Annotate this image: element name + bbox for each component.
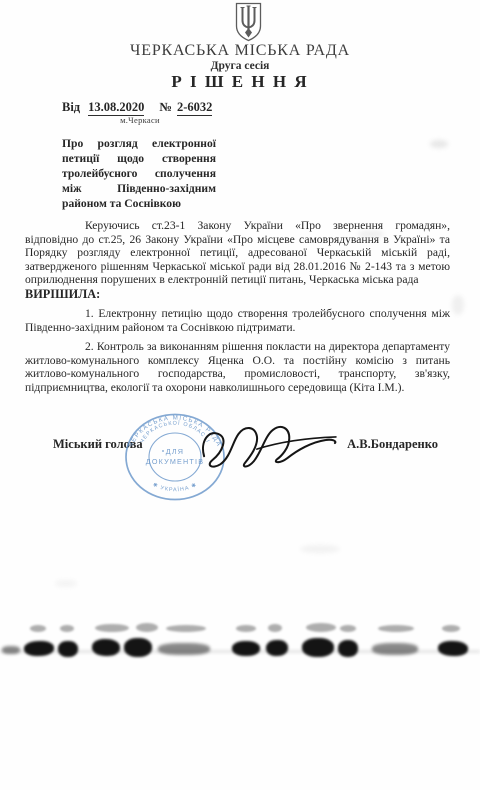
date-label: Від <box>62 100 80 114</box>
scan-noise <box>452 295 464 315</box>
resolved-heading: ВИРІШИЛА: <box>25 288 450 302</box>
scan-noise <box>300 545 340 553</box>
meta-line: Від13.08.2020№2-6032 <box>62 100 212 115</box>
subject-block: Про розгляд електронної петиції щодо ств… <box>62 136 216 211</box>
document-type-title: Р І Ш Е Н Н Я <box>0 72 480 92</box>
document-body: Керуючись ст.23-1 Закону України «Про зв… <box>25 219 450 394</box>
signer-name: А.В.Бондаренко <box>347 437 438 452</box>
scan-noise <box>430 140 448 148</box>
ukraine-trident-emblem <box>233 2 264 42</box>
place-line: м.Черкаси <box>85 115 195 125</box>
organization-name: ЧЕРКАСЬКА МІСЬКА РАДА <box>0 42 480 60</box>
number-value: 2-6032 <box>177 100 212 116</box>
number-label: № <box>159 100 172 114</box>
scan-noise <box>358 230 384 238</box>
date-value: 13.08.2020 <box>88 100 144 116</box>
scan-artifact-band <box>0 620 480 664</box>
scan-noise <box>55 580 77 587</box>
stamp-center-line-1: ДЛЯ <box>166 447 184 456</box>
resolution-item-1: 1. Електронну петицію щодо створення тро… <box>25 307 450 334</box>
session-line: Друга сесія <box>0 60 480 72</box>
preamble-paragraph: Керуючись ст.23-1 Закону України «Про зв… <box>25 219 450 287</box>
handwritten-signature-ink <box>198 411 340 473</box>
resolution-item-2: 2. Контроль за виконанням рішення поклас… <box>25 340 450 394</box>
stamp-center-line-2: ДОКУМЕНТІВ <box>146 457 204 466</box>
stamp-bottom-ring-text: ✱ УКРАЇНА ✱ <box>152 482 199 493</box>
document-page: ЧЕРКАСЬКА МІСЬКА РАДА Друга сесія Р І Ш … <box>0 0 480 790</box>
